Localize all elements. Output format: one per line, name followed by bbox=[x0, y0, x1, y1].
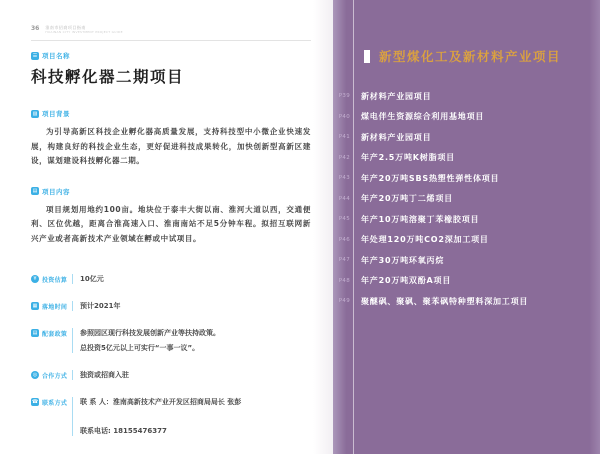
yen-circle-icon: ¥ bbox=[31, 275, 39, 283]
detail-row-cooperation: ◎ 合作方式 独资或招商入驻 bbox=[31, 370, 311, 380]
list-item: P49 聚醚砜、聚砜、聚苯砜特种塑料深加工项目 bbox=[333, 291, 600, 312]
detail-row-policy: ▤ 配套政策 参照园区现行科技发展创新产业等扶持政策。 总投资5亿元以上可实行“… bbox=[31, 328, 311, 353]
project-name: 年产30万吨环氧丙烷 bbox=[361, 255, 444, 266]
detail-label: 配套政策 bbox=[42, 329, 67, 338]
list-item: P45 年产10万吨溶聚丁苯橡胶项目 bbox=[333, 209, 600, 230]
page-ref: P45 bbox=[333, 216, 350, 222]
policy-document-icon: ▤ bbox=[31, 329, 39, 337]
detail-value: 预计2021年 bbox=[72, 301, 120, 311]
list-item: P41 新材料产业园项目 bbox=[333, 127, 600, 148]
page-ref: P43 bbox=[333, 175, 350, 181]
chapter-title-row: 新型煤化工及新材料产业项目 bbox=[364, 47, 561, 65]
chapter-title: 新型煤化工及新材料产业项目 bbox=[379, 47, 561, 65]
picture-icon: ▨ bbox=[31, 110, 39, 118]
project-name: 新材料产业园项目 bbox=[361, 91, 431, 102]
detail-list: ¥ 投资估算 10亿元 ▦ 落地时间 预计2021年 ▤ bbox=[31, 274, 311, 436]
document-icon: ▤ bbox=[31, 187, 39, 195]
section-label: 项目内容 bbox=[42, 187, 70, 196]
person-icon: ☎ bbox=[31, 398, 39, 406]
detail-row-timing: ▦ 落地时间 预计2021年 bbox=[31, 301, 311, 311]
detail-label: 落地时间 bbox=[42, 302, 67, 311]
list-item: P42 年产2.5万吨K树脂项目 bbox=[333, 148, 600, 169]
layers-icon: ☰ bbox=[31, 52, 39, 60]
detail-value: 独资或招商入驻 bbox=[72, 370, 129, 380]
detail-label: 投资估算 bbox=[42, 275, 67, 284]
list-item: P46 年处理120万吨CO2深加工项目 bbox=[333, 230, 600, 251]
section-project-content: ▤ 项目内容 项目规划用地约100亩。地块位于泰丰大街以南、淮河大道以西，交通便… bbox=[31, 187, 311, 247]
page-ref: P41 bbox=[333, 134, 350, 140]
project-name: 新材料产业园项目 bbox=[361, 132, 431, 143]
page-ref: P39 bbox=[333, 93, 350, 99]
list-item: P44 年产20万吨丁二烯项目 bbox=[333, 189, 600, 210]
project-name: 年处理120万吨CO2深加工项目 bbox=[361, 234, 489, 245]
cooperation-icon: ◎ bbox=[31, 371, 39, 379]
contact-phone: 联系电话: 18155476377 bbox=[80, 426, 241, 436]
project-title: 科技孵化器二期项目 bbox=[31, 65, 311, 87]
list-item: P48 年产20万吨双酚A项目 bbox=[333, 271, 600, 292]
list-item: P43 年产20万吨SBS热塑性弹性体项目 bbox=[333, 168, 600, 189]
project-name: 年产2.5万吨K树脂项目 bbox=[361, 152, 455, 163]
page-ref: P48 bbox=[333, 278, 350, 284]
right-page: 新型煤化工及新材料产业项目 P39 新材料产业园项目 P40 煤电伴生资源综合利… bbox=[333, 0, 600, 454]
project-name: 年产10万吨溶聚丁苯橡胶项目 bbox=[361, 214, 479, 225]
section-project-background: ▨ 项目背景 为引导高新区科技企业孵化器高质量发展，支持科技型中小微企业快速发展… bbox=[31, 109, 311, 169]
left-page: 36 淮南市招商项目指南 HUAINAN CITY INVESTMENT PRO… bbox=[0, 0, 333, 454]
detail-row-contact: ☎ 联系方式 联 系 人：淮南高新技术产业开发区招商局局长 张彭 联系电话: 1… bbox=[31, 397, 311, 436]
list-item: P39 新材料产业园项目 bbox=[333, 86, 600, 107]
page-ref: P47 bbox=[333, 257, 350, 263]
project-name: 年产20万吨SBS热塑性弹性体项目 bbox=[361, 173, 499, 184]
list-item: P40 煤电伴生资源综合利用基地项目 bbox=[333, 107, 600, 128]
project-index-list: P39 新材料产业园项目 P40 煤电伴生资源综合利用基地项目 P41 新材料产… bbox=[333, 86, 600, 312]
page-ref: P44 bbox=[333, 196, 350, 202]
page-header: 36 淮南市招商项目指南 HUAINAN CITY INVESTMENT PRO… bbox=[31, 26, 311, 34]
page-number: 36 bbox=[31, 26, 39, 32]
header-divider bbox=[31, 40, 311, 41]
page-ref: P40 bbox=[333, 114, 350, 120]
page-ref: P42 bbox=[333, 155, 350, 161]
page-ref: P46 bbox=[333, 237, 350, 243]
detail-label: 联系方式 bbox=[42, 398, 67, 407]
title-bullet-icon bbox=[364, 50, 370, 63]
project-name: 聚醚砜、聚砜、聚苯砜特种塑料深加工项目 bbox=[361, 296, 528, 307]
detail-value: 10亿元 bbox=[72, 274, 104, 284]
contact-person: 联 系 人：淮南高新技术产业开发区招商局局长 张彭 bbox=[80, 397, 241, 407]
detail-row-investment: ¥ 投资估算 10亿元 bbox=[31, 274, 311, 284]
calendar-icon: ▦ bbox=[31, 302, 39, 310]
background-paragraph: 为引导高新区科技企业孵化器高质量发展，支持科技型中小微企业快速发展，构建良好的科… bbox=[31, 125, 311, 169]
detail-label: 合作方式 bbox=[42, 371, 67, 380]
brochure-spread: 36 淮南市招商项目指南 HUAINAN CITY INVESTMENT PRO… bbox=[0, 0, 600, 454]
section-label: 项目背景 bbox=[42, 109, 70, 118]
project-name: 煤电伴生资源综合利用基地项目 bbox=[361, 111, 484, 122]
detail-value: 联 系 人：淮南高新技术产业开发区招商局局长 张彭 联系电话: 18155476… bbox=[72, 397, 241, 436]
header-title-en: HUAINAN CITY INVESTMENT PROJECT GUIDE bbox=[45, 31, 122, 34]
section-project-name: ☰ 项目名称 科技孵化器二期项目 bbox=[31, 51, 311, 87]
detail-value: 参照园区现行科技发展创新产业等扶持政策。 总投资5亿元以上可实行“一事一议”。 bbox=[72, 328, 220, 353]
content-paragraph: 项目规划用地约100亩。地块位于泰丰大街以南、淮河大道以西，交通便利、区位优越，… bbox=[31, 203, 311, 247]
page-ref: P49 bbox=[333, 298, 350, 304]
project-name: 年产20万吨双酚A项目 bbox=[361, 275, 451, 286]
list-item: P47 年产30万吨环氧丙烷 bbox=[333, 250, 600, 271]
project-name: 年产20万吨丁二烯项目 bbox=[361, 193, 453, 204]
section-label: 项目名称 bbox=[42, 51, 70, 60]
